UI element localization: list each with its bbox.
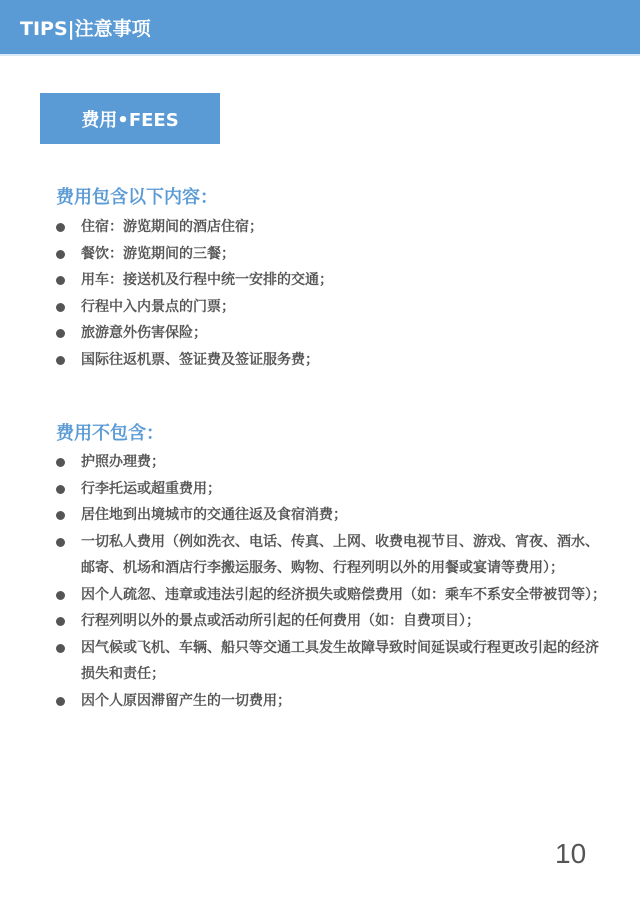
list-item: 因气候或飞机、车辆、船只等交通工具发生故障导致时间延误或行程更改引起的经济损失和…	[56, 635, 606, 688]
bullet-icon	[56, 329, 65, 338]
list-item: 旅游意外伤害保险；	[56, 320, 606, 347]
bullet-icon	[56, 511, 65, 520]
bullet-icon	[56, 276, 65, 285]
list-item: 用车：接送机及行程中统一安排的交通；	[56, 267, 606, 294]
list-item: 因个人原因滞留产生的一切费用；	[56, 688, 606, 715]
list-item: 行程列明以外的景点或活动所引起的任何费用（如：自费项目）；	[56, 608, 606, 635]
list-item: 国际往返机票、签证费及签证服务费；	[56, 347, 606, 374]
excluded-list: 护照办理费； 行李托运或超重费用； 居住地到出境城市的交通往返及食宿消费； 一切…	[56, 449, 606, 714]
included-list: 住宿：游览期间的酒店住宿； 餐饮：游览期间的三餐； 用车：接送机及行程中统一安排…	[56, 214, 606, 373]
bullet-icon	[56, 458, 65, 467]
list-item: 护照办理费；	[56, 449, 606, 476]
header-bar: TIPS|注意事项	[0, 0, 640, 56]
bullet-icon	[56, 250, 65, 259]
page-number: 10	[555, 838, 586, 870]
list-item: 一切私人费用（例如洗衣、电话、传真、上网、收费电视节目、游戏、宵夜、酒水、邮寄、…	[56, 529, 606, 582]
bullet-icon	[56, 617, 65, 626]
list-item: 行李托运或超重费用；	[56, 476, 606, 503]
bullet-icon	[56, 356, 65, 365]
section-badge-fees: 费用•FEES	[40, 93, 220, 144]
included-heading: 费用包含以下内容：	[56, 183, 218, 209]
bullet-icon	[56, 223, 65, 232]
bullet-icon	[56, 591, 65, 600]
bullet-icon	[56, 644, 65, 653]
list-item: 住宿：游览期间的酒店住宿；	[56, 214, 606, 241]
excluded-heading: 费用不包含：	[56, 419, 164, 445]
list-item: 居住地到出境城市的交通往返及食宿消费；	[56, 502, 606, 529]
bullet-icon	[56, 303, 65, 312]
bullet-icon	[56, 538, 65, 547]
list-item: 餐饮：游览期间的三餐；	[56, 241, 606, 268]
list-item: 因个人疏忽、违章或违法引起的经济损失或赔偿费用（如：乘车不系安全带被罚等）；	[56, 582, 606, 609]
list-item: 行程中入内景点的门票；	[56, 294, 606, 321]
page-title: TIPS|注意事项	[20, 14, 151, 41]
section-badge-label: 费用•FEES	[81, 106, 178, 132]
bullet-icon	[56, 485, 65, 494]
bullet-icon	[56, 697, 65, 706]
